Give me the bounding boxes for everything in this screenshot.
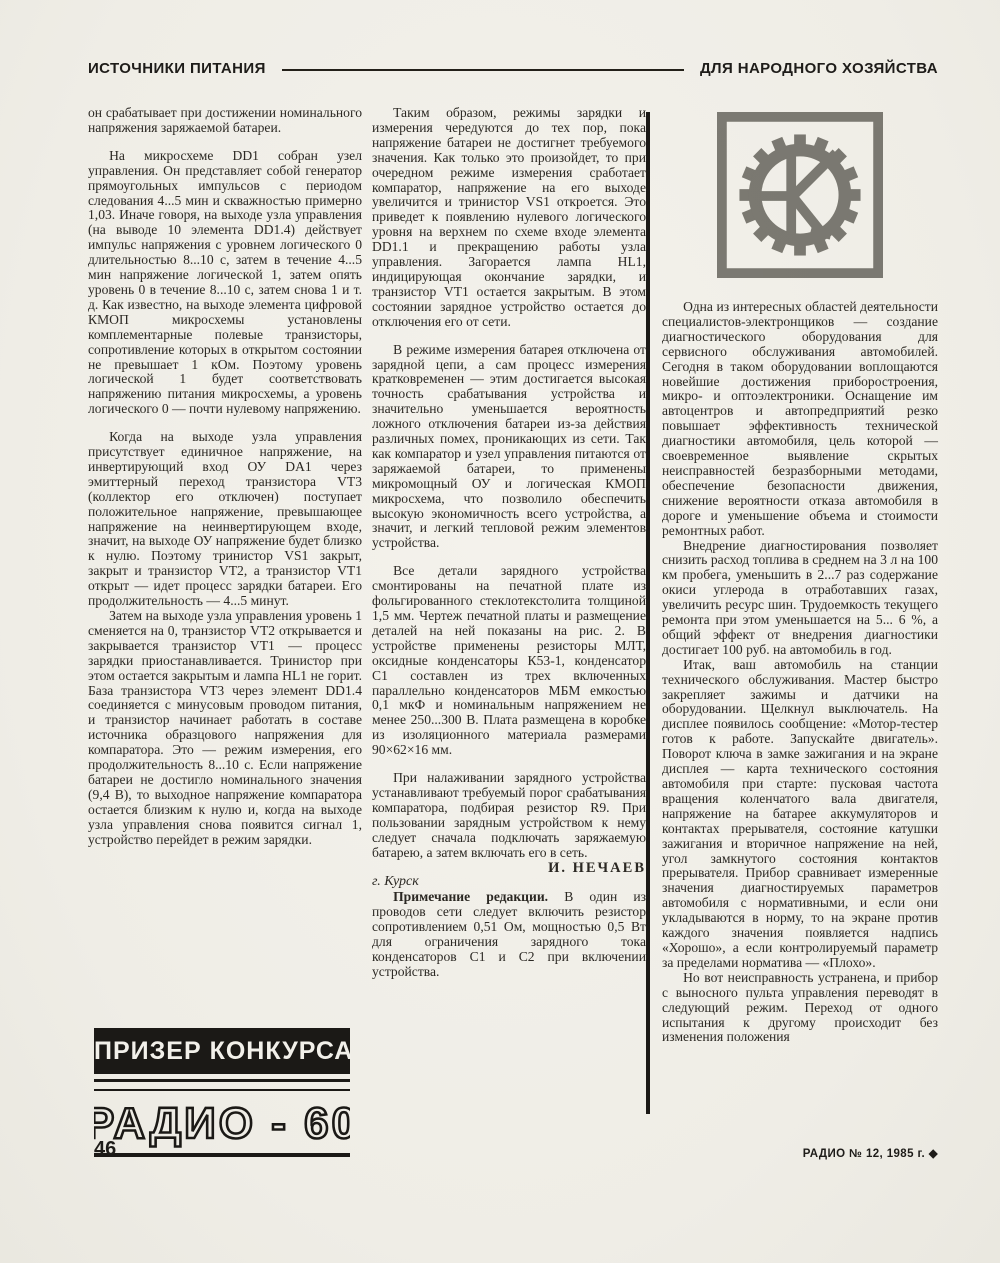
- prize-badge-radio60: РАДИО - 60: [94, 1093, 350, 1151]
- prize-badge-title: ПРИЗЕР КОНКУРСА: [94, 1028, 350, 1074]
- body-paragraph: При налаживании зарядного устройства уст…: [372, 771, 646, 860]
- body-paragraph: Но вот неисправность устранена, и прибор…: [662, 971, 938, 1046]
- body-paragraph: Все детали зарядного устройства смонтиро…: [372, 564, 646, 758]
- gear-k-emblem-icon: [717, 112, 883, 278]
- editor-note-label: Примечание редакции.: [393, 889, 548, 904]
- column-3: Одна из интересных областей деятельности…: [662, 106, 938, 1045]
- header-rule: [282, 69, 684, 71]
- prize-badge-double-rule: [94, 1079, 350, 1091]
- issue-label: РАДИО № 12, 1985 г.: [803, 1148, 925, 1160]
- prize-badge: ПРИЗЕР КОНКУРСА РАДИО - 60: [94, 1028, 350, 1157]
- body-paragraph: Внедрение диагностирования позволяет сни…: [662, 539, 938, 658]
- magazine-page: ИСТОЧНИКИ ПИТАНИЯ ДЛЯ НАРОДНОГО ХОЗЯЙСТВ…: [0, 0, 1000, 1263]
- body-paragraph: Когда на выходе узла управления присутст…: [88, 430, 362, 609]
- section-title-left: ИСТОЧНИКИ ПИТАНИЯ: [88, 60, 266, 77]
- footer-issue: РАДИО № 12, 1985 г. ◆: [803, 1146, 938, 1160]
- body-paragraph: На микросхеме DD1 собран узел управления…: [88, 149, 362, 417]
- body-paragraph: Одна из интересных областей деятельности…: [662, 300, 938, 539]
- body-paragraph: В режиме измерения батарея отключена от …: [372, 343, 646, 552]
- prize-badge-rule: [94, 1153, 350, 1157]
- body-paragraph: он срабатывает при достижении номинально…: [88, 106, 362, 136]
- svg-text:РАДИО - 60: РАДИО - 60: [94, 1099, 350, 1148]
- column-1: он срабатывает при достижении номинально…: [88, 106, 362, 848]
- diamond-icon: ◆: [929, 1148, 938, 1160]
- column-2: Таким образом, режимы зарядки и измерени…: [372, 106, 646, 980]
- body-paragraph: Затем на выходе узла управления уровень …: [88, 609, 362, 848]
- author-name: И. НЕЧАЕВ: [372, 861, 646, 876]
- body-paragraph: Таким образом, режимы зарядки и измерени…: [372, 106, 646, 330]
- page-number: 46: [94, 1138, 116, 1161]
- column-divider-rule: [646, 112, 650, 1114]
- editor-note: Примечание редакции. В один из проводов …: [372, 890, 646, 979]
- body-paragraph: Итак, ваш автомобиль на станции техничес…: [662, 658, 938, 971]
- page-header: ИСТОЧНИКИ ПИТАНИЯ ДЛЯ НАРОДНОГО ХОЗЯЙСТВ…: [88, 60, 938, 77]
- section-title-right: ДЛЯ НАРОДНОГО ХОЗЯЙСТВА: [700, 60, 938, 77]
- author-city: г. Курск: [372, 875, 646, 890]
